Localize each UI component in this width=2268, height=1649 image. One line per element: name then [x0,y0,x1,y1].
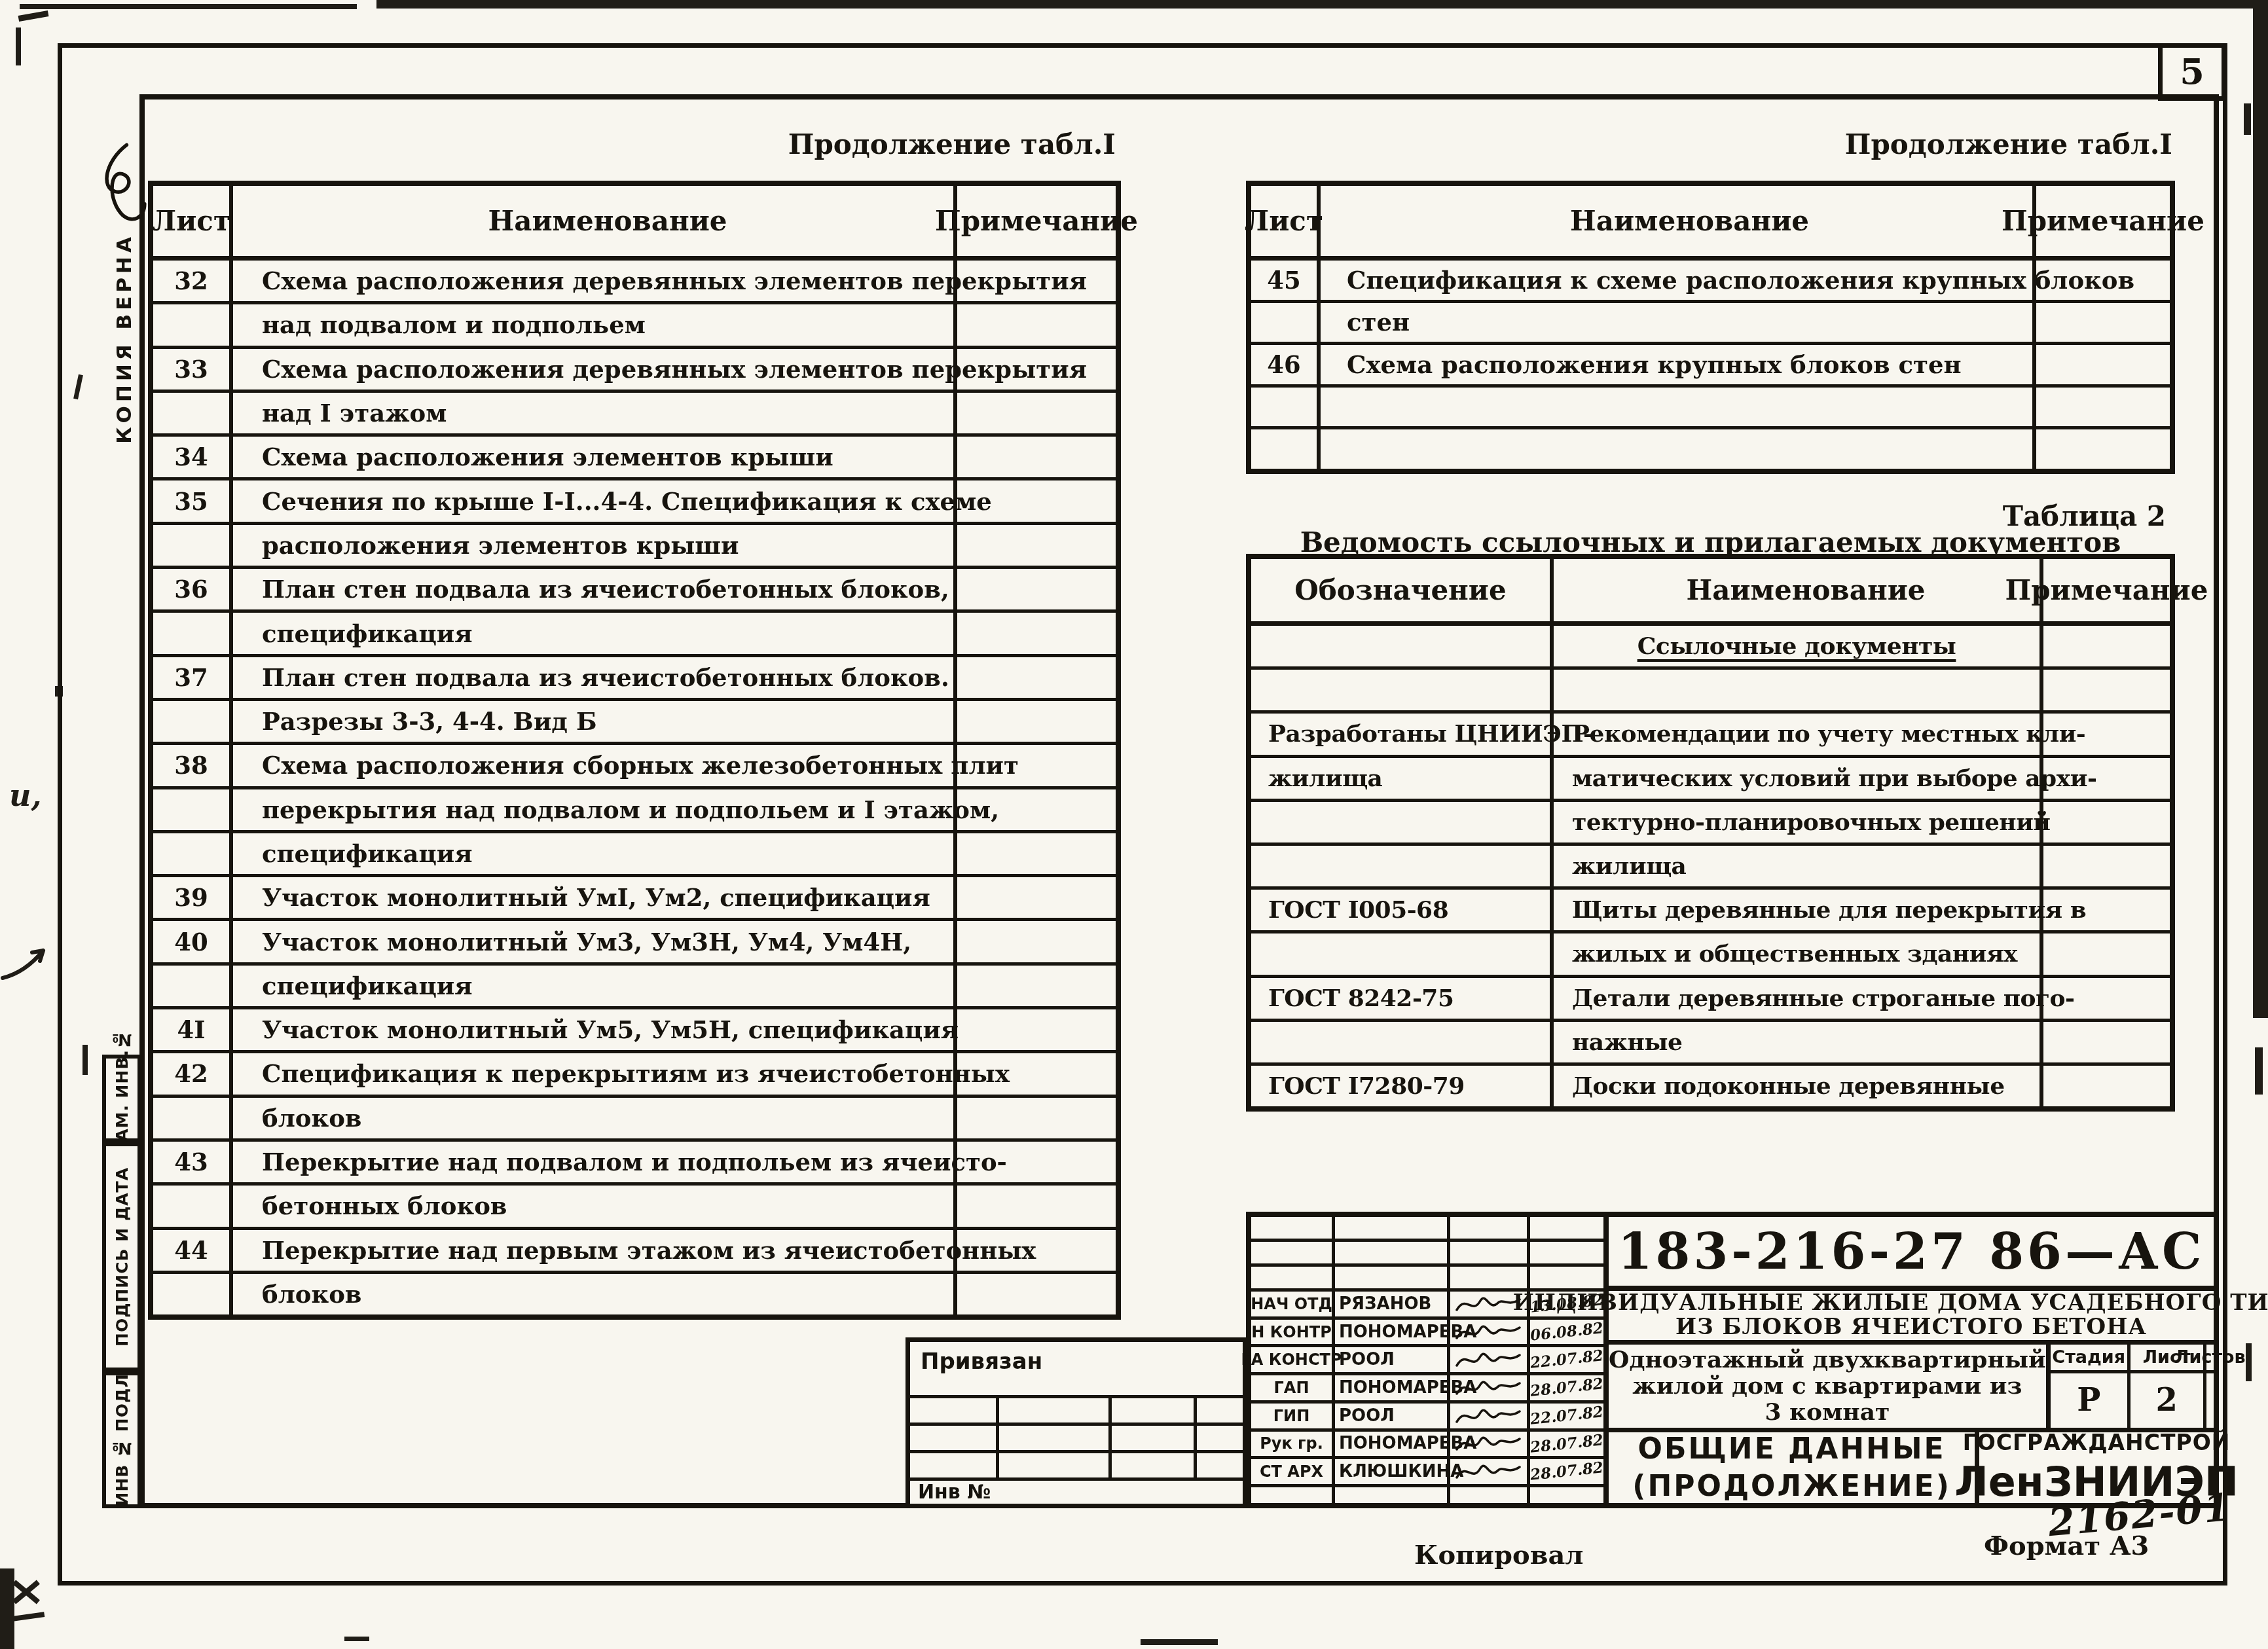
row-name [1554,670,2043,710]
date-cell: 22.07.82 [1529,1344,1604,1376]
signature-cell [1450,1459,1530,1484]
row-name: Схема расположения сборных железобетонны… [233,745,957,786]
row-designation: ГОСТ I005-68 [1251,890,1554,930]
sheet-list-table-right: Лист Наименование Примечание 45 Специфик… [1246,181,2175,474]
row-designation: ГОСТ I7280-79 [1251,1066,1554,1106]
table-row: 42 Спецификация к перекрытиям из ячеисто… [153,1053,1116,1097]
row-number: 43 [153,1142,233,1182]
row-note [2043,890,2170,930]
signature-cell [1450,1404,1530,1428]
table-row: тектурно-планировочных решений [1251,802,2170,846]
row-designation [1251,933,1554,974]
row-note [2036,429,2170,469]
row-note [957,525,1116,566]
table-row: жилых и общественных зданиях [1251,933,2170,977]
row-note [2043,714,2170,754]
row-name: жилых и общественных зданиях [1554,933,2043,974]
table-row: спецификация [153,833,1116,877]
scan-artifact [1141,1639,1218,1645]
attachment-grid-row [910,1426,1243,1453]
row-name: Участок монолитный Ум3, Ум3Н, Ум4, Ум4Н, [233,921,957,962]
stage-value-stage: Р [2051,1373,2131,1428]
table-row: 4I Участок монолитный Ум5, Ум5Н, специфи… [153,1009,1116,1053]
signature-cell [1450,1347,1530,1372]
footer-format-label: Формат А3 [1984,1531,2149,1561]
row-number [153,833,233,874]
table-row: над подвалом и подпольем [153,304,1116,348]
row-name: Схема расположения деревянных элементов … [233,261,957,301]
row-name: Перекрытие над подвалом и подпольем из я… [233,1142,957,1182]
row-name: Спецификация к схеме расположения крупны… [1321,261,2036,300]
signature-icon [1453,1347,1525,1372]
scanned-drawing-sheet: и, 5 КОПИЯ ВЕРНА ВЗАМ. ИНВ.№ ПОДПИСЬ И Д… [0,0,2268,1649]
row-note [957,789,1116,830]
row-note [957,304,1116,345]
row-note [957,393,1116,433]
table-row: жилища матических условий при выборе арх… [1251,758,2170,802]
row-note [957,480,1116,521]
row-note [957,1098,1116,1138]
row-name: Спецификация к перекрытиям из ячеистобет… [233,1053,957,1094]
row-name: над I этажом [233,393,957,433]
name-cell: Пономарева [1335,1375,1450,1400]
row-name: План стен подвала из ячеистобетонных бло… [233,569,957,609]
signature-empty-row [1251,1487,1603,1503]
side-box-label: ПОДПИСЬ И ДАТА [113,1167,132,1347]
signature-icon [1453,1375,1525,1400]
role-cell: ГА КОНСТР [1251,1347,1335,1372]
role-cell: ГАП [1251,1375,1335,1400]
row-name: спецификация [233,966,957,1006]
row-note [2043,626,2170,666]
signature-empty-row [1251,1267,1603,1292]
table-row: нажные [1251,1022,2170,1066]
row-name: бетонных блоков [233,1186,957,1226]
name-cell: Пономарева [1335,1320,1450,1345]
signature-row: НАЧ ОТД Рязанов 13.08.82 [1251,1292,1603,1320]
table-row: жилища [1251,846,2170,890]
row-note [2043,846,2170,886]
row-number: 44 [153,1230,233,1271]
date-cell: 06.08.82 [1529,1316,1604,1348]
row-name: Схема расположения элементов крыши [233,437,957,477]
footer-copied-label: Копировал [1414,1540,1584,1570]
sheet-title: ОБЩИЕ ДАННЫЕ (ПРОДОЛЖЕНИЕ) [1609,1432,1979,1503]
row-note [2036,261,2170,300]
row-note [957,921,1116,962]
header-name: Наименование [1554,559,2043,621]
table-row: 43 Перекрытие над подвалом и подпольем и… [153,1142,1116,1186]
table-row: 35 Сечения по крыше I-I...4-4. Специфика… [153,480,1116,524]
row-number: 42 [153,1053,233,1094]
row-name: Рекомендации по учету местных кли- [1554,714,2043,754]
table-row: 40 Участок монолитный Ум3, Ум3Н, Ум4, Ум… [153,921,1116,965]
table-row: над I этажом [153,393,1116,437]
row-note [957,833,1116,874]
row-number [1251,429,1321,469]
scan-artifact [2253,0,2268,1018]
table-row: ГОСТ I005-68 Щиты деревянные для перекры… [1251,890,2170,933]
row-number: 32 [153,261,233,301]
project-title: ИНДИВИДУАЛЬНЫЕ ЖИЛЫЕ ДОМА УСАДЕБНОГО ТИП… [1609,1291,2214,1345]
row-note [957,569,1116,609]
row-name: блоков [233,1274,957,1314]
row-name: Перекрытие над первым этажом из ячеистоб… [233,1230,957,1271]
row-number: 36 [153,569,233,609]
role-cell: НАЧ ОТД [1251,1292,1335,1316]
page-number: 5 [2180,51,2204,93]
name-cell: Роол [1335,1404,1450,1428]
row-note [957,966,1116,1006]
title-block-right: 183-216-27 86—АС ИНДИВИДУАЛЬНЫЕ ЖИЛЫЕ ДО… [1609,1217,2214,1503]
signature-icon [1453,1404,1525,1428]
header-note: Примечание [2043,559,2170,621]
row-note [2043,1022,2170,1062]
date-cell: 28.07.82 [1529,1456,1604,1488]
side-box-vzam-inv: ВЗАМ. ИНВ.№ [102,1055,141,1142]
signature-row: СТ АРХ Клюшкина 28.07.82 [1251,1459,1603,1487]
scan-artifact [2255,1047,2263,1095]
stage-values-row: Р 2 [2051,1373,2214,1428]
table-row: 39 Участок монолитный УмI, Ум2, специфик… [153,877,1116,921]
row-note [2036,388,2170,427]
row-name: нажные [1554,1022,2043,1062]
table-row: 37 План стен подвала из ячеистобетонных … [153,657,1116,701]
scan-artifact [344,1637,369,1641]
row-name: Сечения по крыше I-I...4-4. Спецификация… [233,480,957,521]
table-row: Ссылочные документы [1251,626,2170,670]
header-designation: Обозначение [1251,559,1554,621]
name-cell: Рязанов [1335,1292,1450,1316]
row-name: Схема расположения деревянных элементов … [233,349,957,390]
row-note [957,1009,1116,1050]
row-name: тектурно-планировочных решений [1554,802,2043,843]
inventory-number-label: Инв № [910,1481,1243,1504]
row-designation [1251,626,1554,666]
signature-icon [1453,1431,1525,1456]
row-note [2043,978,2170,1019]
table-row: спецификация [153,966,1116,1009]
row-note [2036,345,2170,384]
signature-row: Рук гр. Пономарева 28.07.82 [1251,1432,1603,1460]
stage-table: Стадия Лист Листов Р 2 [2051,1345,2214,1428]
signature-icon [1453,1320,1525,1345]
row-number [153,393,233,433]
table-row: 44 Перекрытие над первым этажом из ячеис… [153,1230,1116,1274]
row-note [957,657,1116,698]
row-name: Участок монолитный УмI, Ум2, спецификаци… [233,877,957,918]
row-name: Схема расположения крупных блоков стен [1321,345,2036,384]
row-number [1251,303,1321,342]
row-number [153,701,233,742]
row-designation [1251,1022,1554,1062]
row-name: матических условий при выборе архи- [1554,758,2043,799]
table-row: спецификация [153,613,1116,657]
table-row [1251,429,2170,469]
side-box-podpis-data: ПОДПИСЬ И ДАТА [102,1142,141,1371]
row-name: спецификация [233,833,957,874]
side-box-label: ИНВ № ПОДЛ [113,1373,132,1506]
scan-artifact [2246,1343,2252,1381]
table-row: перекрытия над подвалом и подпольем и I … [153,789,1116,833]
table-row: 45 Спецификация к схеме расположения кру… [1251,261,2170,303]
row-note [957,1230,1116,1271]
scan-artifact: и, [9,778,41,813]
table-row: Разработаны ЦНИИЭП- Рекомендации по учет… [1251,714,2170,757]
row-note [957,745,1116,786]
stage-header-row: Стадия Лист Листов [2051,1345,2214,1373]
signature-cell [1450,1320,1530,1345]
row-name: спецификация [233,613,957,653]
row-note [957,1274,1116,1314]
row-number: 46 [1251,345,1321,384]
table-body: 32 Схема расположения деревянных элемент… [153,261,1116,1314]
table-row: блоков [153,1274,1116,1314]
row-number [153,525,233,566]
scan-artifact [20,4,357,9]
table-row: 46 Схема расположения крупных блоков сте… [1251,345,2170,388]
row-note [957,1142,1116,1182]
date-cell: 22.07.82 [1529,1400,1604,1432]
row-number [1251,388,1321,427]
row-note [2043,1066,2170,1106]
name-cell: Роол [1335,1347,1450,1372]
row-name: расположения элементов крыши [233,525,957,566]
row-name [1321,429,2036,469]
row-name: блоков [233,1098,957,1138]
row-number: 45 [1251,261,1321,300]
signature-empty-row [1251,1242,1603,1267]
row-note [957,877,1116,918]
object-stage-row: Одноэтажный двухквартирный жилой дом с к… [1609,1345,2214,1432]
row-number [153,1098,233,1138]
table-row: бетонных блоков [153,1186,1116,1229]
attachment-grid-row [910,1453,1243,1481]
table-row: стен [1251,303,2170,346]
row-note [957,261,1116,301]
sheet-title-org-row: ОБЩИЕ ДАННЫЕ (ПРОДОЛЖЕНИЕ) ГОСГРАЖДАНСТР… [1609,1432,2214,1503]
scan-artifact [16,27,21,65]
row-name [1321,388,2036,427]
table-body: 45 Спецификация к схеме расположения кру… [1251,261,2170,469]
row-note [957,349,1116,390]
table-row: Разрезы 3-3, 4-4. Вид Б [153,701,1116,745]
row-note [2043,758,2170,799]
object-title: Одноэтажный двухквартирный жилой дом с к… [1609,1345,2051,1428]
row-designation [1251,670,1554,710]
row-note [957,1053,1116,1094]
row-note [957,701,1116,742]
row-name: стен [1321,303,2036,342]
table-row: 36 План стен подвала из ячеистобетонных … [153,569,1116,613]
title-block: НАЧ ОТД Рязанов 13.08.82 Н КОНТР Пономар… [1246,1212,2219,1508]
table-row [1251,670,2170,714]
table-row [1251,388,2170,430]
date-cell: 28.07.82 [1529,1371,1604,1404]
row-number [153,1186,233,1226]
continuation-label-left: Продолжение табл.I [148,128,1121,160]
scan-artifact [2244,103,2251,135]
row-number [153,1274,233,1314]
table-row: расположения элементов крыши [153,525,1116,569]
signature-cell [1450,1432,1530,1457]
signature-row: ГА КОНСТР Роол 22.07.82 [1251,1347,1603,1375]
row-number: 35 [153,480,233,521]
header-name: Наименование [1321,186,2036,256]
scan-artifact [376,0,2268,9]
table-row: блоков [153,1098,1116,1142]
row-number [153,966,233,1006]
table-row: 33 Схема расположения деревянных элемент… [153,349,1116,393]
stage-value-sheet: 2 [2131,1373,2206,1428]
date-cell: 28.07.82 [1529,1428,1604,1460]
row-designation [1251,802,1554,843]
row-name: Ссылочные документы [1554,626,2043,666]
row-number: 34 [153,437,233,477]
signature-table: НАЧ ОТД Рязанов 13.08.82 Н КОНТР Пономар… [1251,1217,1609,1503]
signature-cell [1450,1375,1530,1400]
header-name: Наименование [233,186,957,256]
row-number: 37 [153,657,233,698]
row-designation: жилища [1251,758,1554,799]
table-body: Ссылочные документы Разработаны ЦНИИЭП- … [1251,626,2170,1106]
row-note [957,613,1116,653]
attachment-table: Привязан Инв № [905,1337,1247,1508]
row-name: Доски подоконные деревянные [1554,1066,2043,1106]
row-name: Разрезы 3-3, 4-4. Вид Б [233,701,957,742]
row-name: Щиты деревянные для перекрытия в [1554,890,2043,930]
row-note [2043,933,2170,974]
table-row: ГОСТ I7280-79 Доски подоконные деревянны… [1251,1066,2170,1106]
table-header-row: Лист Наименование Примечание [1251,186,2170,261]
copy-note: КОПИЯ ВЕРНА [109,253,140,424]
row-note [957,437,1116,477]
arrow-mark-icon [0,935,51,990]
signature-row: Н КОНТР Пономарева 06.08.82 [1251,1320,1603,1348]
row-designation: Разработаны ЦНИИЭП- [1251,714,1554,754]
attachment-grid-row [910,1398,1243,1426]
stage-header-stage: Стадия [2051,1345,2131,1370]
ref-docs-table: Обозначение Наименование Примечание Ссыл… [1246,554,2175,1112]
row-note [2036,303,2170,342]
row-note [957,1186,1116,1226]
row-note [2043,802,2170,843]
row-number: 4I [153,1009,233,1050]
side-box-inv-podl: ИНВ № ПОДЛ [102,1371,141,1508]
role-cell: Рук гр. [1251,1432,1335,1457]
row-name: Участок монолитный Ум5, Ум5Н, спецификац… [233,1009,957,1050]
role-cell: Н КОНТР [1251,1320,1335,1345]
table-row: ГОСТ 8242-75 Детали деревянные строганые… [1251,978,2170,1022]
name-cell: Пономарева [1335,1432,1450,1457]
stage-value-sheets [2206,1373,2214,1428]
scan-artifact [18,10,49,22]
row-name: жилища [1554,846,2043,886]
table-header-row: Лист Наименование Примечание [153,186,1116,261]
stage-header-sheets: Листов [2206,1345,2214,1370]
signature-row: ГАП Пономарева 28.07.82 [1251,1375,1603,1404]
continuation-label-right: Продолжение табл.I [1246,128,2175,160]
row-name: перекрытия над подвалом и подпольем и I … [233,789,957,830]
header-sheet: Лист [1251,186,1321,256]
row-number: 39 [153,877,233,918]
table-row: 38 Схема расположения сборных железобето… [153,745,1116,789]
signature-row: ГИП Роол 22.07.82 [1251,1404,1603,1432]
signature-empty-row [1251,1217,1603,1242]
row-designation [1251,846,1554,886]
sheet-list-table-left: Лист Наименование Примечание 32 Схема ра… [148,181,1121,1320]
row-name: Детали деревянные строганые пого- [1554,978,2043,1019]
row-number [153,789,233,830]
row-name: над подвалом и подпольем [233,304,957,345]
header-sheet: Лист [153,186,233,256]
row-designation: ГОСТ 8242-75 [1251,978,1554,1019]
table-row: 34 Схема расположения элементов крыши [153,437,1116,480]
row-number: 38 [153,745,233,786]
scan-artifact [0,1568,14,1649]
row-number [153,613,233,653]
header-note: Примечание [2036,186,2170,256]
row-number [153,304,233,345]
row-number: 40 [153,921,233,962]
table-header-row: Обозначение Наименование Примечание [1251,559,2170,626]
signature-rows: НАЧ ОТД Рязанов 13.08.82 Н КОНТР Пономар… [1251,1292,1603,1487]
page-number-box: 5 [2158,43,2226,101]
role-cell: ГИП [1251,1404,1335,1428]
doc-number: 183-216-27 86—АС [1609,1217,2214,1291]
row-name: План стен подвала из ячеистобетонных бло… [233,657,957,698]
header-note: Примечание [957,186,1116,256]
role-cell: СТ АРХ [1251,1459,1335,1484]
table-row: 32 Схема расположения деревянных элемент… [153,261,1116,304]
row-note [2043,670,2170,710]
name-cell: Клюшкина [1335,1459,1450,1484]
row-number: 33 [153,349,233,390]
signature-icon [1453,1459,1525,1484]
attachment-label: Привязан [910,1342,1243,1398]
